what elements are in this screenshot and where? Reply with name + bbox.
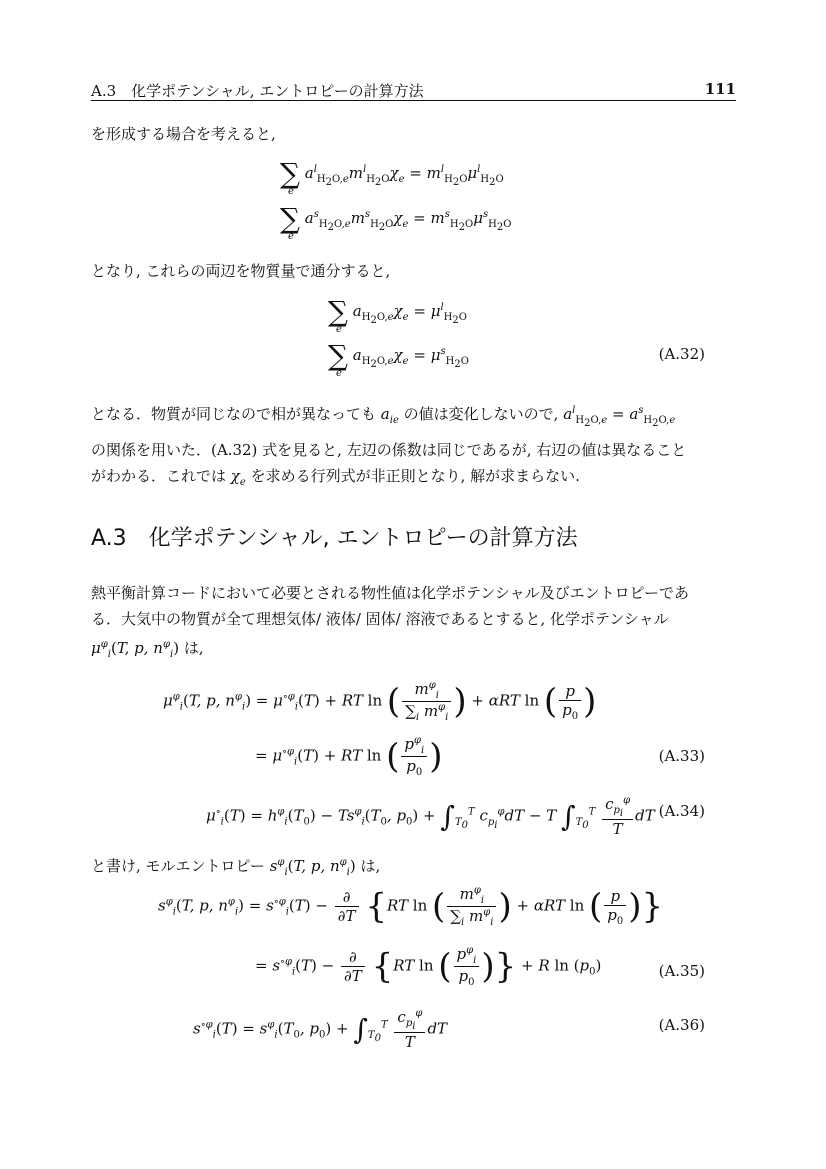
section-heading: A.3化学ポテンシャル, エントロピーの計算方法 (91, 521, 578, 552)
equation-3a: μφi(T, p, nφi) = μ∘φi(T) + RT ln (mφi∑i … (163, 680, 596, 723)
header-rule (91, 100, 736, 101)
section-title: 化学ポテンシャル, エントロピーの計算方法 (149, 526, 578, 551)
equation-label-a34: (A.34) (659, 802, 705, 820)
running-header-title: A.3 化学ポテンシャル, エントロピーの計算方法 (91, 80, 424, 101)
equation-2a: ∑e aH2O,eχe = μlH2O (328, 298, 467, 326)
equation-5b: = s∘φi(T) − ∂∂T {RT ln (pφip0)} + R ln (… (255, 945, 601, 988)
equation-2b: ∑e aH2O,eχe = μsH2O (328, 342, 469, 370)
equation-1b: ∑e asH2O,emsH2Oχe = msH2OμsH2O (280, 205, 511, 233)
paragraph-reduce: となり, これらの両辺を物質量で通分すると, (91, 258, 736, 284)
paragraph-intro: を形成する場合を考えると, (91, 121, 736, 147)
equation-label-a33: (A.33) (659, 747, 705, 765)
equation-6: s∘φi(T) = sφi(T0, p0) + ∫T0T cpiφTdT (193, 1008, 447, 1051)
paragraph-entropy: と書け, モルエントロピー sφi(T, p, nφi) は, (91, 850, 736, 886)
paragraph-chemical-potential: 熱平衡計算コードにおいて必要とされる物性値は化学ポテンシャル及びエントロピーであ… (91, 580, 736, 668)
equation-label-a35: (A.35) (659, 962, 705, 980)
equation-3b: = μ∘φi(T) + RT ln (pφip0) (255, 735, 442, 778)
equation-label-a36: (A.36) (659, 1016, 705, 1034)
equation-4: μ∘i(T) = hφi(T0) − Tsφi(T0, p0) + ∫T0T c… (206, 795, 655, 838)
equation-1a: ∑e alH2O,emlH2Oχe = mlH2OμlH2O (280, 160, 504, 188)
section-number: A.3 (91, 526, 127, 551)
page-number: 111 (705, 80, 736, 98)
paragraph-singular: となる．物質が同じなので相が異なっても aie の値は変化しないので, alH2… (91, 398, 736, 496)
equation-label-a32: (A.32) (659, 345, 705, 363)
equation-5a: sφi(T, p, nφi) = s∘φi(T) − ∂∂T {RT ln (m… (158, 885, 663, 928)
